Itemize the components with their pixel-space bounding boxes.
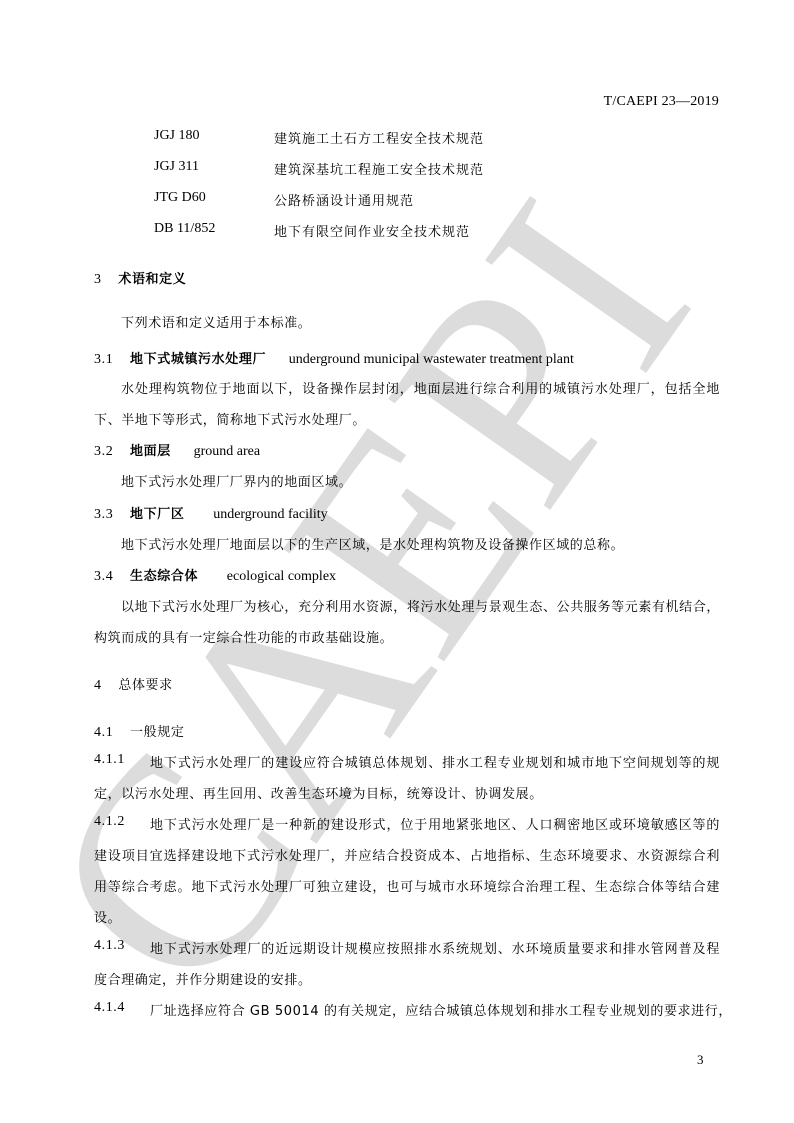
reference-title: 建筑深基坑工程施工安全技术规范	[274, 159, 484, 178]
document-id-header: T/CAEPI 23—2019	[604, 94, 719, 110]
term-en: underground municipal wastewater treatme…	[289, 352, 574, 367]
term-heading: 3.3 地下厂区 underground facility	[94, 503, 328, 523]
term-number: 3.3	[94, 507, 113, 522]
clause-number: 4.1.4	[94, 1000, 125, 1016]
term-cn: 地下式城镇污水处理厂	[130, 352, 266, 367]
section-number: 4	[94, 678, 102, 693]
term-number: 3.1	[94, 352, 113, 367]
term-number: 3.4	[94, 569, 113, 584]
term-cn: 生态综合体	[130, 569, 198, 584]
term-definition: 构筑而成的具有一定综合性功能的市政基础设施。	[94, 627, 393, 646]
clause-number: 4.1.1	[94, 752, 125, 768]
subsection-title: 一般规定	[130, 725, 184, 740]
section-intro: 下列术语和定义适用于本标准。	[121, 312, 311, 331]
clause-number: 4.1.2	[94, 814, 125, 830]
term-definition: 地下式污水处理厂厂界内的地面区域。	[121, 471, 352, 490]
reference-title: 公路桥涵设计通用规范	[274, 190, 414, 209]
term-en: ground area	[194, 444, 260, 459]
reference-code: JGJ 180	[154, 128, 274, 144]
section-title: 总体要求	[118, 678, 172, 693]
term-cn: 地下厂区	[130, 507, 184, 522]
section-heading: 4 总体要求	[94, 674, 173, 694]
term-en: underground facility	[213, 507, 327, 522]
section-heading: 3 术语和定义	[94, 268, 186, 288]
subsection-number: 4.1	[94, 725, 113, 740]
term-definition: 下、半地下等形式，简称地下式污水处理厂。	[94, 409, 366, 428]
reference-title: 地下有限空间作业安全技术规范	[274, 221, 470, 240]
page-number: 3	[697, 1052, 704, 1068]
reference-title: 建筑施工土石方工程安全技术规范	[274, 128, 484, 147]
reference-code: JTG D60	[154, 190, 274, 206]
term-heading: 3.4 生态综合体 ecological complex	[94, 565, 336, 585]
subsection-heading: 4.1 一般规定	[94, 721, 184, 741]
clause-text: 定，以污水处理、再生回用、改善生态环境为目标，统筹设计、协调发展。	[94, 783, 543, 802]
term-number: 3.2	[94, 444, 113, 459]
clause-text: 地下式污水处理厂的近远期设计规模应按照排水系统规划、水环境质量要求和排水管网普及…	[150, 938, 720, 957]
clause-text: 用等综合考虑。地下式污水处理厂可独立建设，也可与城市水环境综合治理工程、生态综合…	[94, 876, 720, 895]
reference-code: DB 11/852	[154, 221, 274, 237]
term-cn: 地面层	[130, 444, 171, 459]
clause-text: 建设项目宜选择建设地下式污水处理厂，并应结合投资成本、占地指标、生态环境要求、水…	[94, 845, 720, 864]
reference-code: JGJ 311	[154, 159, 274, 175]
term-heading: 3.2 地面层 ground area	[94, 440, 260, 460]
term-definition: 地下式污水处理厂地面层以下的生产区域，是水处理构筑物及设备操作区域的总称。	[121, 534, 624, 553]
term-definition: 以地下式污水处理厂为核心，充分利用水资源，将污水处理与景观生态、公共服务等元素有…	[121, 596, 720, 615]
clause-text: 地下式污水处理厂的建设应符合城镇总体规划、排水工程专业规划和城市地下空间规划等的…	[150, 752, 720, 771]
clause-text: 度合理确定，并作分期建设的安排。	[94, 969, 312, 988]
term-definition: 水处理构筑物位于地面以下，设备操作层封闭，地面层进行综合利用的城镇污水处理厂，包…	[121, 378, 720, 397]
section-title: 术语和定义	[118, 272, 186, 287]
clause-text: 厂址选择应符合 GB 50014 的有关规定，应结合城镇总体规划和排水工程专业规…	[150, 1000, 720, 1019]
term-heading: 3.1 地下式城镇污水处理厂 underground municipal was…	[94, 348, 574, 368]
clause-text: 地下式污水处理厂是一种新的建设形式，位于用地紧张地区、人口稠密地区或环境敏感区等…	[150, 814, 720, 833]
clause-text: 设。	[94, 907, 121, 926]
document-page: T/CAEPI 23—2019 JGJ 180 建筑施工土石方工程安全技术规范 …	[0, 0, 794, 1123]
term-en: ecological complex	[227, 569, 336, 584]
clause-number: 4.1.3	[94, 938, 125, 954]
section-number: 3	[94, 272, 102, 287]
